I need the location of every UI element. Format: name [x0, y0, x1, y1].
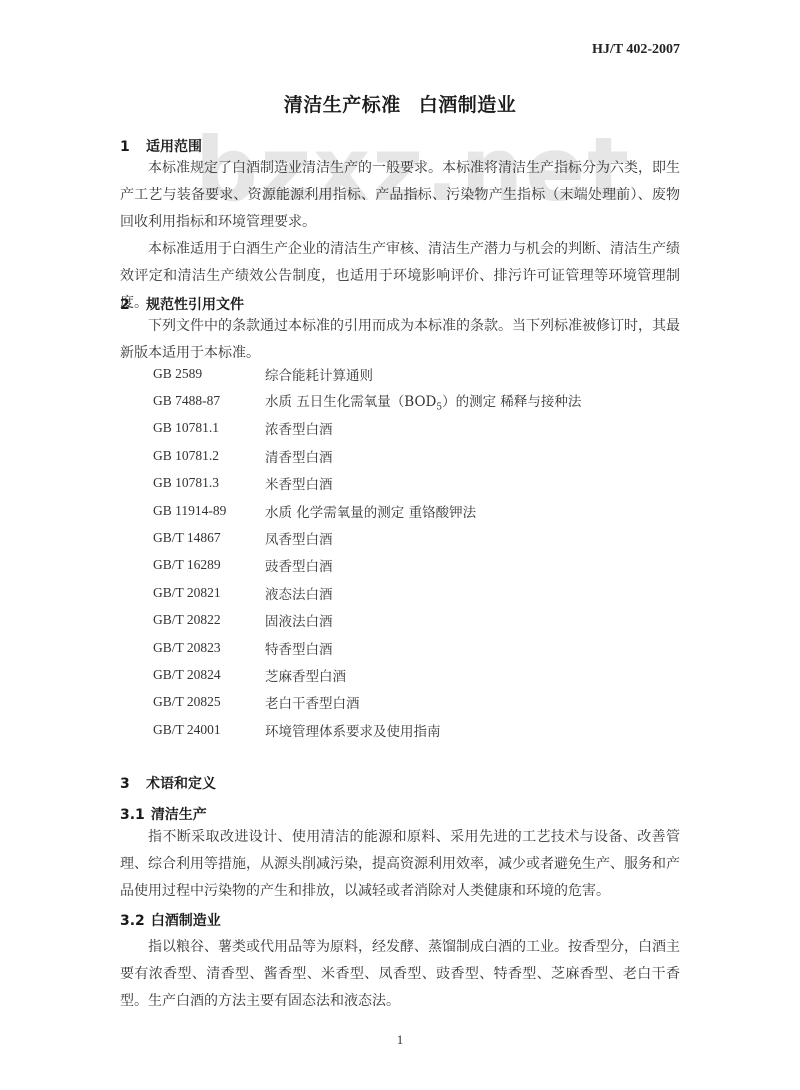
section-title: 适用范围: [146, 139, 202, 155]
section-title: 规范性引用文件: [146, 297, 244, 313]
reference-code: GB/T 20825: [153, 694, 265, 710]
reference-item: GB/T 14867凤香型白酒: [153, 524, 673, 551]
reference-code: GB/T 20822: [153, 612, 265, 628]
standard-code: HJ/T 402-2007: [592, 42, 680, 58]
reference-title: 老白干香型白酒: [265, 692, 673, 712]
section-number: 3: [120, 776, 146, 792]
reference-code: GB/T 14867: [153, 530, 265, 546]
reference-title: 水质 五日生化需氧量（BOD5）的测定 稀释与接种法: [265, 390, 673, 413]
reference-code: GB/T 20821: [153, 585, 265, 601]
reference-title: 液态法白酒: [265, 583, 673, 603]
section-title: 白酒制造业: [151, 913, 221, 929]
reference-code: GB/T 16289: [153, 557, 265, 573]
reference-title: 豉香型白酒: [265, 555, 673, 575]
reference-title: 浓香型白酒: [265, 418, 673, 438]
reference-title: 特香型白酒: [265, 638, 673, 658]
reference-code: GB 11914-89: [153, 503, 265, 519]
page-number: 1: [0, 1032, 800, 1048]
reference-item: GB 10781.1浓香型白酒: [153, 415, 673, 442]
section-number: 3.1: [120, 807, 145, 823]
section-3-1-heading: 3.1清洁生产: [120, 804, 207, 824]
section-2-intro: 下列文件中的条款通过本标准的引用而成为本标准的条款。当下列标准被修订时，其最新版…: [120, 313, 680, 367]
reference-title: 环境管理体系要求及使用指南: [265, 720, 673, 740]
section-number: 1: [120, 139, 146, 155]
reference-item: GB/T 20823特香型白酒: [153, 634, 673, 661]
section-number: 2: [120, 297, 146, 313]
reference-title: 水质 化学需氧量的测定 重铬酸钾法: [265, 501, 673, 521]
section-number: 3.2: [120, 913, 145, 929]
section-3-2-heading: 3.2白酒制造业: [120, 910, 221, 930]
page-title: 清洁生产标准白酒制造业: [0, 90, 800, 117]
reference-title: 固液法白酒: [265, 610, 673, 630]
reference-title: 综合能耗计算通则: [265, 364, 673, 384]
section-title: 清洁生产: [151, 807, 207, 823]
reference-title: 清香型白酒: [265, 446, 673, 466]
section-title: 术语和定义: [146, 776, 216, 792]
reference-item: GB/T 20824芝麻香型白酒: [153, 661, 673, 688]
reference-code: GB 7488-87: [153, 393, 265, 409]
reference-code: GB 2589: [153, 366, 265, 382]
section-2-heading: 2规范性引用文件: [120, 294, 244, 314]
reference-item: GB 7488-87水质 五日生化需氧量（BOD5）的测定 稀释与接种法: [153, 387, 673, 414]
reference-item: GB/T 24001环境管理体系要求及使用指南: [153, 716, 673, 743]
reference-code: GB 10781.1: [153, 420, 265, 436]
reference-item: GB/T 20822固液法白酒: [153, 607, 673, 634]
reference-item: GB 2589综合能耗计算通则: [153, 360, 673, 387]
reference-code: GB/T 20823: [153, 640, 265, 656]
document-page: bzxz.net HJ/T 402-2007 清洁生产标准白酒制造业 1适用范围…: [0, 0, 800, 1090]
section-3-2-paragraph: 指以粮谷、薯类或代用品等为原料，经发酵、蒸馏制成白酒的工业。按香型分，白酒主要有…: [120, 934, 680, 1015]
reference-item: GB/T 20825老白干香型白酒: [153, 689, 673, 716]
reference-item: GB 10781.2清香型白酒: [153, 442, 673, 469]
reference-title: 芝麻香型白酒: [265, 665, 673, 685]
section-1-heading: 1适用范围: [120, 136, 202, 156]
reference-code: GB 10781.3: [153, 475, 265, 491]
section-3-heading: 3术语和定义: [120, 773, 216, 793]
reference-item: GB/T 16289豉香型白酒: [153, 552, 673, 579]
section-3-1-paragraph: 指不断采取改进设计、使用清洁的能源和原料、采用先进的工艺技术与设备、改善管理、综…: [120, 824, 680, 905]
reference-item: GB 10781.3米香型白酒: [153, 470, 673, 497]
reference-title: 米香型白酒: [265, 473, 673, 493]
reference-item: GB/T 20821液态法白酒: [153, 579, 673, 606]
reference-title: 凤香型白酒: [265, 528, 673, 548]
title-part-2: 白酒制造业: [419, 94, 517, 116]
title-part-1: 清洁生产标准: [284, 94, 401, 116]
reference-code: GB/T 20824: [153, 667, 265, 683]
reference-code: GB 10781.2: [153, 448, 265, 464]
reference-code: GB/T 24001: [153, 722, 265, 738]
reference-list: GB 2589综合能耗计算通则 GB 7488-87水质 五日生化需氧量（BOD…: [153, 360, 673, 743]
reference-item: GB 11914-89水质 化学需氧量的测定 重铬酸钾法: [153, 497, 673, 524]
section-1-paragraph-1: 本标准规定了白酒制造业清洁生产的一般要求。本标准将清洁生产指标分为六类，即生产工…: [120, 155, 680, 236]
